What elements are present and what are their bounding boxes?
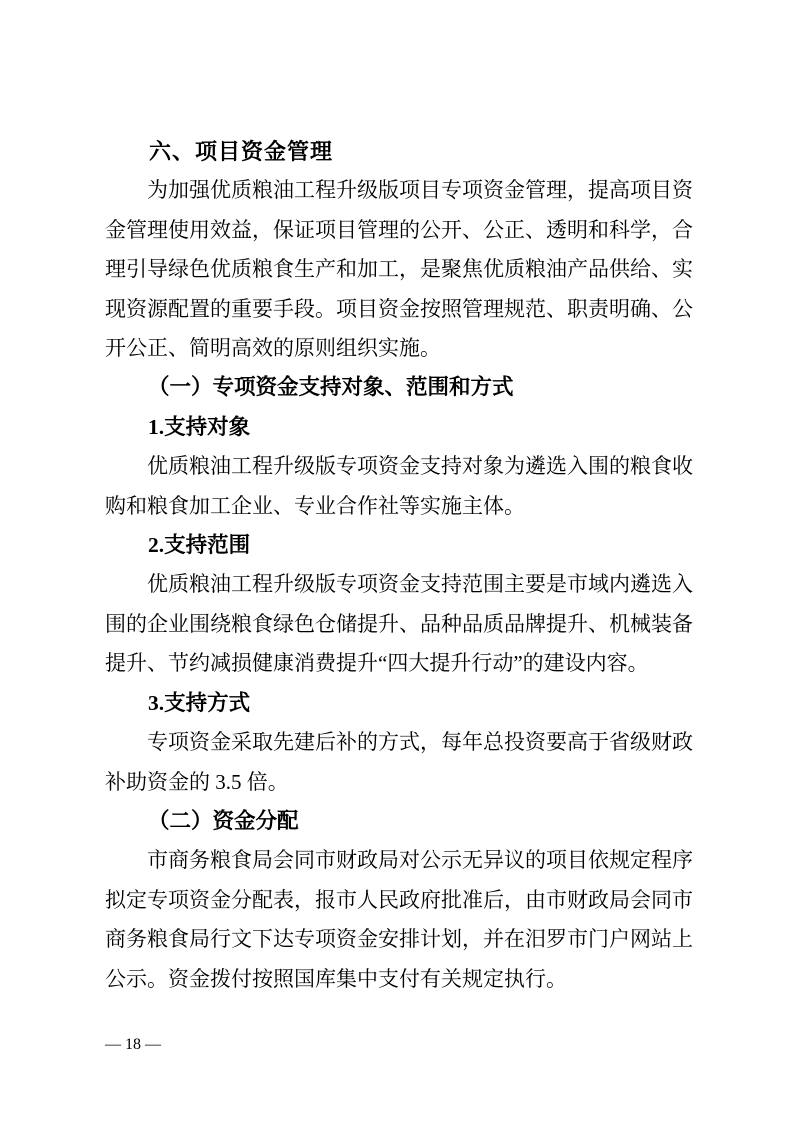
- item-heading-support-method: 3.支持方式: [105, 684, 693, 723]
- paragraph-fund-allocation: 市商务粮食局会同市财政局对公示无异议的项目依规定程序拟定专项资金分配表，报市人民…: [105, 841, 693, 999]
- item-heading-support-target: 1.支持对象: [105, 408, 693, 447]
- document-page: 六、项目资金管理 为加强优质粮油工程升级版项目专项资金管理，提高项目资金管理使用…: [0, 0, 793, 1122]
- paragraph-intro: 为加强优质粮油工程升级版项目专项资金管理，提高项目资金管理使用效益，保证项目管理…: [105, 171, 693, 368]
- page-number: — 18 —: [105, 1036, 161, 1054]
- paragraph-support-target: 优质粮油工程升级版专项资金支持对象为遴选入围的粮食收购和粮食加工企业、专业合作社…: [105, 447, 693, 526]
- subsection-heading-fund-allocation: （二）资金分配: [105, 802, 693, 841]
- paragraph-support-range: 优质粮油工程升级版专项资金支持范围主要是市域内遴选入围的企业围绕粮食绿色仓储提升…: [105, 565, 693, 683]
- document-body: 六、项目资金管理 为加强优质粮油工程升级版项目专项资金管理，提高项目资金管理使用…: [105, 132, 693, 999]
- item-heading-support-range: 2.支持范围: [105, 526, 693, 565]
- section-title: 六、项目资金管理: [105, 132, 693, 171]
- paragraph-support-method: 专项资金采取先建后补的方式，每年总投资要高于省级财政补助资金的 3.5 倍。: [105, 723, 693, 802]
- subsection-heading-support-scope: （一）专项资金支持对象、范围和方式: [105, 368, 693, 407]
